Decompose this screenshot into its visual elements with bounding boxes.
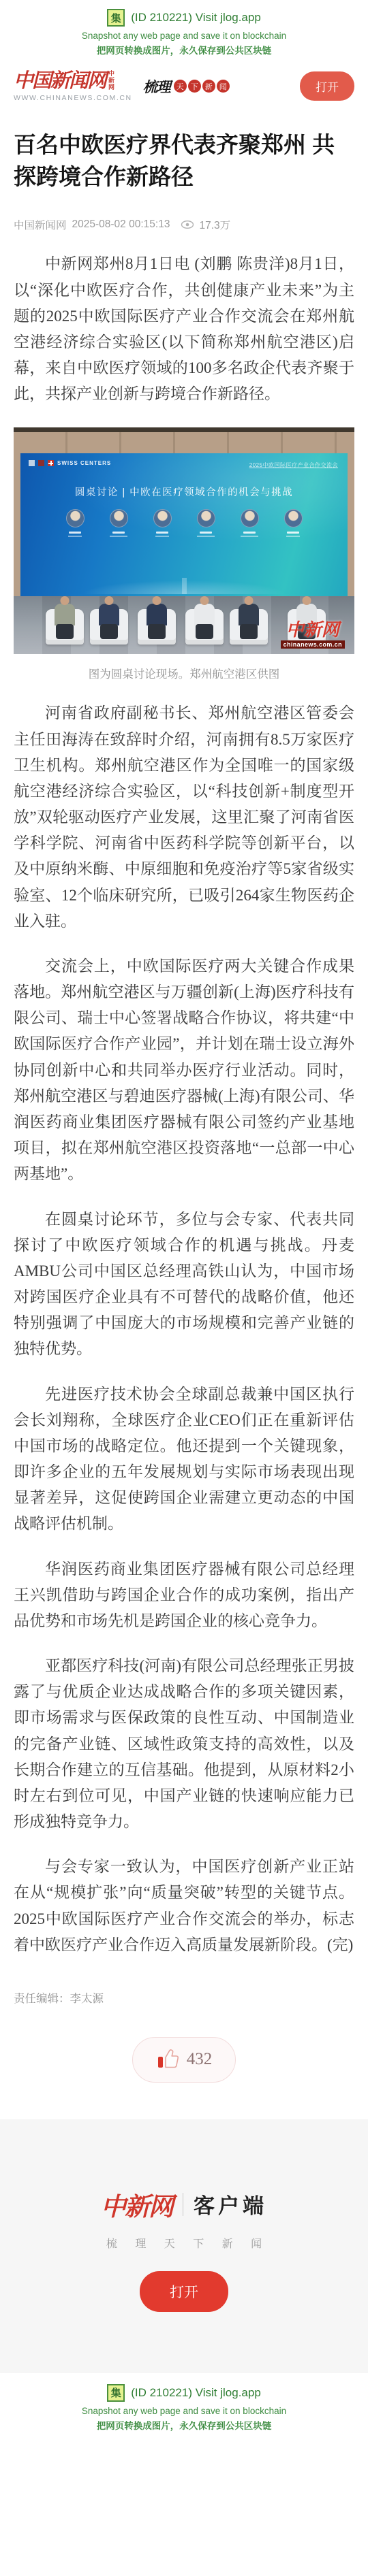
logo-url: WWW.CHINANEWS.COM.CN xyxy=(14,94,132,102)
speaker-avatar xyxy=(284,509,302,537)
led-screen: SWISS CENTERS 2025中欧国际医疗产业合作交流会 圆桌讨论 | 中… xyxy=(20,453,348,597)
panelist xyxy=(46,587,84,645)
slogan-logo: 梳理 天 下 新 闻 xyxy=(143,76,230,97)
speaker-avatars xyxy=(20,509,348,537)
chinanews-logo[interactable]: 中国新闻网 中新网 WWW.CHINANEWS.COM.CN xyxy=(14,71,132,102)
panelist xyxy=(230,587,268,645)
slogan-prefix: 梳理 xyxy=(143,76,170,97)
ji-badge-icon: 集 xyxy=(107,9,125,27)
watermark-logo: 中新网 xyxy=(281,621,345,639)
ad-link-text[interactable]: (ID 210221) Visit jlog.app xyxy=(131,11,261,25)
view-count: 17.3万 xyxy=(199,217,230,232)
ji-badge-icon: 集 xyxy=(107,2384,125,2402)
bottom-ad-banner: 集 (ID 210221) Visit jlog.app Snapshot an… xyxy=(0,2373,368,2441)
ad-subtitle-en: Snapshot any web page and save it on blo… xyxy=(0,2406,368,2416)
like-button[interactable]: 432 xyxy=(132,2037,236,2083)
airport-silhouette xyxy=(66,575,302,594)
panelist xyxy=(138,587,176,645)
speaker-avatar xyxy=(66,509,84,537)
speaker-avatar xyxy=(197,509,215,537)
ad-link-text[interactable]: (ID 210221) Visit jlog.app xyxy=(131,2386,261,2400)
article-datetime: 2025-08-02 00:15:13 xyxy=(72,218,170,231)
speaker-avatar xyxy=(153,509,171,537)
article-source: 中国新闻网 xyxy=(14,217,67,232)
seal-icon: 下 xyxy=(188,80,201,93)
sponsor-logo-icon xyxy=(38,460,44,466)
like-section: 432 xyxy=(14,2037,354,2083)
site-header: 中国新闻网 中新网 WWW.CHINANEWS.COM.CN 梳理 天 下 新 … xyxy=(0,63,368,113)
avatar xyxy=(284,509,303,527)
sponsor-logo-icon xyxy=(29,460,35,466)
promo-client-label: 客户端 xyxy=(194,2189,267,2219)
conference-photo: SWISS CENTERS 2025中欧国际医疗产业合作交流会 圆桌讨论 | 中… xyxy=(14,427,354,654)
article-figure: SWISS CENTERS 2025中欧国际医疗产业合作交流会 圆桌讨论 | 中… xyxy=(14,427,354,681)
open-app-button-footer[interactable]: 打开 xyxy=(140,2271,228,2312)
photo-caption: 图为圆桌讨论现场。郑州航空港区供图 xyxy=(14,665,354,681)
divider xyxy=(183,2193,183,2216)
paragraph: 华润医药商业集团医疗器械有限公司总经理王兴凯借助与跨国企业合作的成功案例，指出产… xyxy=(14,1556,354,1635)
article-title: 百名中欧医疗界代表齐聚郑州 共探跨境合作新路径 xyxy=(14,129,354,193)
paragraph: 亚都医疗科技(河南)有限公司总经理张正男披露了与优质企业达成战略合作的多项关键因… xyxy=(14,1653,354,1835)
roundtable-screen-title: 圆桌讨论 | 中欧在医疗领域合作的机会与挑战 xyxy=(20,485,348,499)
avatar xyxy=(110,509,128,527)
swiss-flag-icon xyxy=(48,460,54,466)
seal-icon: 闻 xyxy=(217,80,230,93)
ad-subtitle-en: Snapshot any web page and save it on blo… xyxy=(0,31,368,41)
seal-icon: 新 xyxy=(202,80,215,93)
open-app-button-header[interactable]: 打开 xyxy=(300,71,354,101)
speaker-avatar xyxy=(110,509,127,537)
ad-link[interactable]: 集 (ID 210221) Visit jlog.app xyxy=(0,2384,368,2402)
eye-icon xyxy=(181,220,194,229)
screen-logos: SWISS CENTERS xyxy=(29,460,111,466)
app-promo-footer: 中新网 客户端 梳 理 天 下 新 闻 打开 xyxy=(0,2119,368,2373)
avatar xyxy=(153,509,172,527)
logo-side-text: 中新网 xyxy=(108,71,114,91)
promo-logo-row: 中新网 客户端 xyxy=(0,2186,368,2223)
panelist xyxy=(185,587,224,645)
logo-calligraphy: 中国新闻网 xyxy=(14,71,106,91)
paragraph: 与会专家一致认为，中国医疗创新产业正站在从“规模扩张”向“质量突破”转型的关键节… xyxy=(14,1854,354,1958)
swiss-centers-label: SWISS CENTERS xyxy=(57,460,111,466)
ad-subtitle-cn: 把网页转换成图片，永久保存到公共区块链 xyxy=(0,2418,368,2432)
paragraph: 中新网郑州8月1日电 (刘鹏 陈贵洋)8月1日，以“深化中欧医疗合作，共创健康产… xyxy=(14,251,354,407)
paragraph: 交流会上，中欧国际医疗两大关键合作成果落地。郑州航空港区与万疆创新(上海)医疗科… xyxy=(14,953,354,1188)
avatar xyxy=(66,509,85,527)
avatar xyxy=(241,509,259,527)
thumbs-up-icon xyxy=(156,2048,179,2072)
paragraph: 先进医疗技术协会全球副总裁兼中国区执行会长刘翔称，全球医疗企业CEO们正在重新评… xyxy=(14,1382,354,1537)
event-name-watermark: 2025中欧国际医疗产业合作交流会 xyxy=(249,461,338,469)
photo-watermark: 中新网 chinanews.com.cn xyxy=(281,621,345,649)
article-meta: 中国新闻网 2025-08-02 00:15:13 17.3万 xyxy=(14,217,354,232)
watermark-url: chinanews.com.cn xyxy=(281,640,345,649)
promo-logo-calligraphy: 中新网 xyxy=(101,2186,172,2223)
article: 百名中欧医疗界代表齐聚郑州 共探跨境合作新路径 中国新闻网 2025-08-02… xyxy=(0,129,368,2083)
panelist xyxy=(90,587,128,645)
article-body: 中新网郑州8月1日电 (刘鹏 陈贵洋)8月1日，以“深化中欧医疗合作，共创健康产… xyxy=(14,251,354,1958)
top-ad-banner: 集 (ID 210221) Visit jlog.app Snapshot an… xyxy=(0,0,368,63)
photo-ceiling xyxy=(14,427,354,432)
ad-link[interactable]: 集 (ID 210221) Visit jlog.app xyxy=(0,9,368,27)
promo-slogan: 梳 理 天 下 新 闻 xyxy=(7,2235,368,2251)
speaker-avatar xyxy=(241,509,258,537)
editor-line: 责任编辑：李太源 xyxy=(14,1989,354,2006)
like-count: 432 xyxy=(187,2050,213,2069)
avatar xyxy=(197,509,215,527)
seal-icon: 天 xyxy=(174,80,187,93)
paragraph: 河南省政府副秘书长、郑州航空港区管委会主任田海涛在致辞时介绍，河南拥有8.5万家… xyxy=(14,700,354,934)
ad-subtitle-cn: 把网页转换成图片，永久保存到公共区块链 xyxy=(0,43,368,56)
paragraph: 在圆桌讨论环节，多位与会专家、代表共同探讨了中欧医疗领域合作的机遇与挑战。丹麦A… xyxy=(14,1207,354,1363)
